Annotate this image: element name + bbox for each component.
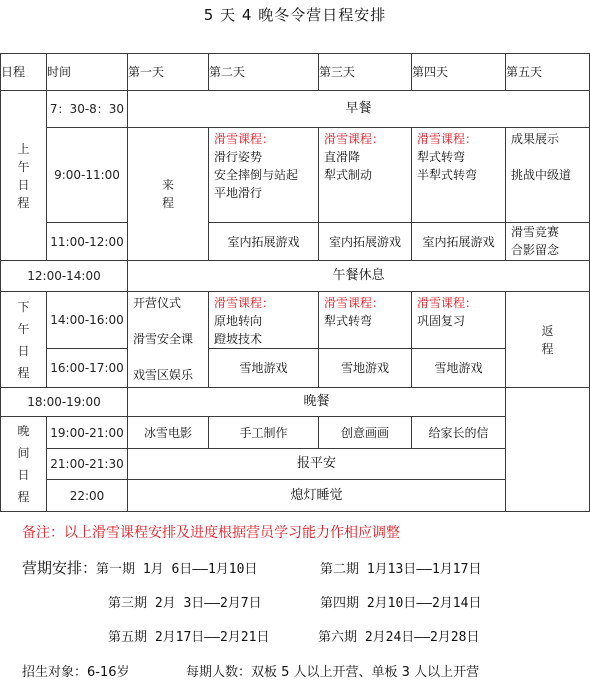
return-char: 返 [506,322,589,340]
period-char: 日 [1,176,46,194]
header-day2: 第二天 [209,54,319,91]
dinner-cell: 晚餐 [128,388,506,417]
day3-morning-course: 滑雪课程： 直滑降 犁式制动 [319,128,412,223]
session-5: 第五期 2月17日——2月21日 [108,626,269,645]
period-char: 间 [1,442,46,464]
schedule-table: 日程 时间 第一天 第二天 第三天 第四天 第五天 上 午 日 程 7：30-8… [0,53,590,512]
day1-arrival-cell: 来 程 [128,128,209,261]
course-item: 犁式转弯 [324,312,411,330]
arrival-char: 来 [128,176,208,194]
header-time: 时间 [47,54,128,91]
time-afternoon2: 16:00-17:00 [47,349,128,388]
time-evening3: 22:00 [47,480,128,512]
day1-evening: 冰雪电影 [128,417,209,449]
time-morning2: 11:00-12:00 [47,223,128,261]
day4-evening: 给家长的信 [412,417,506,449]
day5-item: 挑战中级道 [511,166,589,184]
session-1: 第一期 1月 6日——1月10日 [96,558,257,577]
afternoon-activity-row: 16:00-17:00 雪地游戏 雪地游戏 雪地游戏 [1,349,590,388]
header-row: 日程 时间 第一天 第二天 第三天 第四天 第五天 [1,54,590,91]
time-dinner: 18:00-19:00 [1,388,128,417]
remark-note: 备注：以上滑雪课程安排及进度根据营员学习能力作相应调整 [22,522,400,542]
time-lunch: 12:00-14:00 [1,261,128,292]
lights-out-cell: 熄灯睡觉 [128,480,506,512]
dinner-row: 18:00-19:00 晚餐 [1,388,590,417]
lights-out-row: 22:00 熄灯睡觉 [1,480,590,512]
day5-return-cell: 返 程 [506,292,590,388]
lunch-cell: 午餐休息 [128,261,590,292]
day2-morning-course: 滑雪课程： 滑行姿势 安全摔倒与站起 平地滑行 [209,128,319,223]
course-item: 巩固复习 [417,312,505,330]
period-char: 程 [1,362,46,384]
day5-morning-cell: 成果展示 挑战中级道 [506,128,590,223]
day2-afternoon-activity: 雪地游戏 [209,349,319,388]
session-2: 第二期 1月13日——1月17日 [320,558,481,577]
time-evening2: 21:00-21:30 [47,449,128,480]
period-char: 晚 [1,420,46,442]
course-item: 平地滑行 [214,184,318,202]
day4-afternoon-activity: 雪地游戏 [412,349,506,388]
session-3: 第三期 2月 3日——2月7日 [108,592,262,611]
course-title: 滑雪课程： [324,130,411,148]
day2-afternoon-course: 滑雪课程： 原地转向 蹬坡技术 [209,292,319,349]
course-title: 滑雪课程： [214,130,318,148]
course-title: 滑雪课程： [324,294,411,312]
course-item: 直滑降 [324,148,411,166]
session-6: 第六期 2月24日——2月28日 [318,626,479,645]
session-4: 第四期 2月10日——2月14日 [320,592,481,611]
header-day4: 第四天 [412,54,506,91]
day3-afternoon-activity: 雪地游戏 [319,349,412,388]
header-day1: 第一天 [128,54,209,91]
report-row: 21:00-21:30 报平安 [1,449,590,480]
day4-morning-course: 滑雪课程： 犁式转弯 半犁式转弯 [412,128,506,223]
day5-item: 合影留念 [511,241,589,259]
evening-session-row: 晚 间 日 程 19:00-21:00 冰雪电影 手工制作 创意画画 给家长的信 [1,417,590,449]
arrival-char: 程 [128,194,208,212]
course-item: 犁式转弯 [417,148,505,166]
day4-afternoon-course: 滑雪课程： 巩固复习 [412,292,506,349]
header-day5: 第五天 [506,54,590,91]
header-schedule: 日程 [1,54,47,91]
course-item: 犁式制动 [324,166,411,184]
group-capacity: 每期人数：双板 5 人以上开营、单板 3 人以上开营 [186,661,479,680]
afternoon-period-label: 下 午 日 程 [1,292,47,388]
day2-morning-activity: 室内拓展游戏 [209,223,319,261]
period-char: 日 [1,464,46,486]
course-item: 半犁式转弯 [417,166,505,184]
page-title: 5 天 4 晚冬令营日程安排 [0,4,590,25]
time-afternoon1: 14:00-16:00 [47,292,128,349]
period-char: 程 [1,194,46,212]
return-char: 程 [506,340,589,358]
afternoon-session-row: 下 午 日 程 14:00-16:00 开营仪式 滑雪安全课 戏雪区娱乐 滑雪课… [1,292,590,349]
header-day3: 第三天 [319,54,412,91]
report-cell: 报平安 [128,449,506,480]
evening-period-label: 晚 间 日 程 [1,417,47,512]
morning-period-label: 上 午 日 程 [1,91,47,261]
lunch-row: 12:00-14:00 午餐休息 [1,261,590,292]
day1-item: 滑雪安全课 [133,330,208,348]
day1-item: 戏雪区娱乐 [133,366,208,384]
course-item: 原地转向 [214,312,318,330]
period-char: 下 [1,296,46,318]
schedule-label: 营期安排： [22,557,97,578]
day5-item: 滑雪竞赛 [511,223,589,241]
day1-item: 开营仪式 [133,294,208,312]
morning-activity-row: 11:00-12:00 室内拓展游戏 室内拓展游戏 室内拓展游戏 滑雪竞赛 合影… [1,223,590,261]
day5-morning-activity: 滑雪竞赛 合影留念 [506,223,590,261]
day3-afternoon-course: 滑雪课程： 犁式转弯 [319,292,412,349]
day5-evening-empty [506,388,590,512]
target-age: 招生对象：6-16岁 [22,661,130,680]
course-item: 滑行姿势 [214,148,318,166]
course-title: 滑雪课程： [214,294,318,312]
course-item: 蹬坡技术 [214,330,318,348]
period-char: 午 [1,158,46,176]
day1-afternoon-cell: 开营仪式 滑雪安全课 戏雪区娱乐 [128,292,209,388]
day5-item: 成果展示 [511,130,589,148]
day3-evening: 创意画画 [319,417,412,449]
period-char: 日 [1,340,46,362]
morning-session-row: 9:00-11:00 来 程 滑雪课程： 滑行姿势 安全摔倒与站起 平地滑行 滑… [1,128,590,223]
day2-evening: 手工制作 [209,417,319,449]
period-char: 程 [1,486,46,508]
course-title: 滑雪课程： [417,294,505,312]
time-breakfast: 7：30-8：30 [47,91,128,128]
course-title: 滑雪课程： [417,130,505,148]
period-char: 午 [1,318,46,340]
day3-morning-activity: 室内拓展游戏 [319,223,412,261]
day4-morning-activity: 室内拓展游戏 [412,223,506,261]
breakfast-cell: 早餐 [128,91,590,128]
breakfast-row: 上 午 日 程 7：30-8：30 早餐 [1,91,590,128]
course-item: 安全摔倒与站起 [214,166,318,184]
period-char: 上 [1,140,46,158]
time-morning1: 9:00-11:00 [47,128,128,223]
time-evening1: 19:00-21:00 [47,417,128,449]
